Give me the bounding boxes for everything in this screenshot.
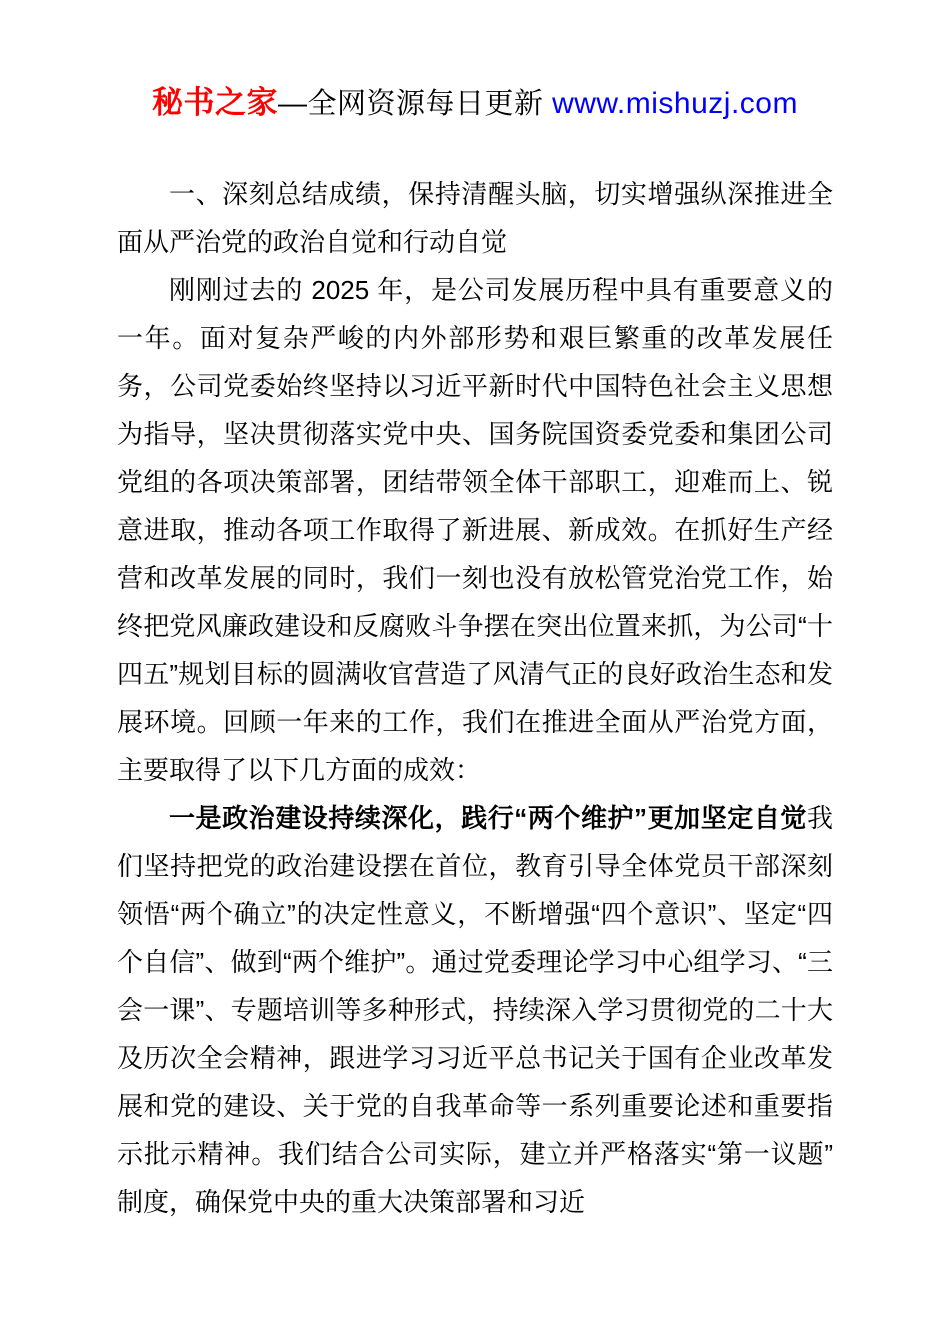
site-brand-text: 秘书之家 bbox=[152, 85, 278, 120]
paragraph-political-construction: 一是政治建设持续深化，践行“两个维护”更加坚定自觉我们坚持把党的政治建设摆在首位… bbox=[117, 794, 833, 1226]
site-header: 秘书之家—全网资源每日更新 www.mishuzj.com bbox=[0, 84, 950, 123]
document-body: 一、深刻总结成绩，保持清醒头脑，切实增强纵深推进全面从严治党的政治自觉和行动自觉… bbox=[117, 170, 833, 1226]
site-tagline-text: —全网资源每日更新 bbox=[278, 88, 552, 120]
site-url-link[interactable]: www.mishuzj.com bbox=[552, 87, 798, 120]
document-page: 秘书之家—全网资源每日更新 www.mishuzj.com 一、深刻总结成绩，保… bbox=[0, 0, 950, 1344]
paragraph-body-text: 我们坚持把党的政治建设摆在首位，教育引导全体党员干部深刻领悟“两个确立”的决定性… bbox=[117, 803, 833, 1217]
section-heading: 一、深刻总结成绩，保持清醒头脑，切实增强纵深推进全面从严治党的政治自觉和行动自觉 bbox=[117, 170, 833, 266]
paragraph-bold-lead: 一是政治建设持续深化，践行“两个维护”更加坚定自觉 bbox=[169, 803, 807, 833]
paragraph-summary: 刚刚过去的 2025 年，是公司发展历程中具有重要意义的一年。面对复杂严峻的内外… bbox=[117, 266, 833, 794]
